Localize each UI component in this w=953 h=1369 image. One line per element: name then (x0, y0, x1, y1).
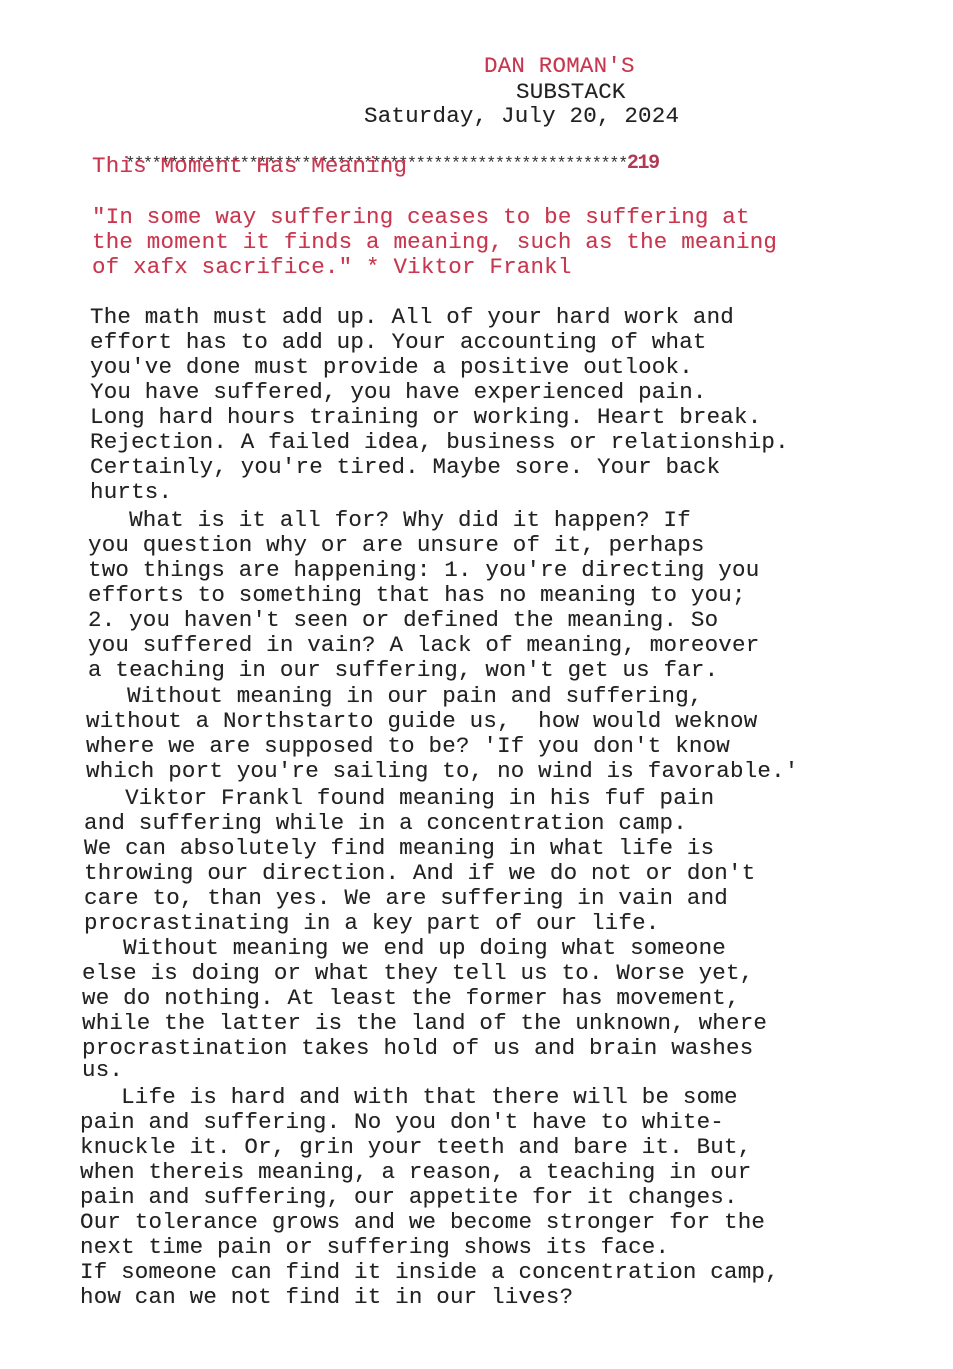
body-line: procrastinating in a key part of our lif… (84, 911, 660, 936)
body-line: Without meaning we end up doing what som… (82, 936, 726, 961)
epigraph-line: "In some way suffering ceases to be suff… (92, 205, 750, 230)
body-line: Rejection. A failed idea, business or re… (90, 430, 789, 455)
body-line: we do nothing. At least the former has m… (82, 986, 740, 1011)
body-line: knuckle it. Or, grin your teeth and bare… (80, 1135, 751, 1160)
body-line: how can we not find it in our lives? (80, 1285, 573, 1310)
body-line: you suffered in vain? A lack of meaning,… (88, 633, 759, 658)
body-line: efforts to something that has no meaning… (88, 583, 746, 608)
body-line: next time pain or suffering shows its fa… (80, 1235, 669, 1260)
body-line: effort has to add up. Your accounting of… (90, 330, 707, 355)
body-line: pain and suffering. No you don't have to… (80, 1110, 724, 1135)
body-line: a teaching in our suffering, won't get u… (88, 658, 718, 683)
body-line: hurts. (90, 480, 172, 505)
body-line: Certainly, you're tired. Maybe sore. You… (90, 455, 720, 480)
body-line: you question why or are unsure of it, pe… (88, 533, 705, 558)
body-line: Without meaning in our pain and sufferin… (86, 684, 703, 709)
body-line: We can absolutely find meaning in what l… (84, 836, 714, 861)
body-line: Life is hard and with that there will be… (80, 1085, 738, 1110)
date-line: Saturday, July 20, 2024 (364, 104, 679, 129)
body-line: throwing our direction. And if we do not… (84, 861, 755, 886)
publication-heading: SUBSTACK (516, 80, 626, 105)
body-line: 2. you haven't seen or defined the meani… (88, 608, 718, 633)
body-line: you've done must provide a positive outl… (90, 355, 693, 380)
body-line: If someone can find it inside a concentr… (80, 1260, 779, 1285)
body-line: when thereis meaning, a reason, a teachi… (80, 1160, 751, 1185)
body-line: which port you're sailing to, no wind is… (86, 759, 799, 784)
body-line: where we are supposed to be? 'If you don… (86, 734, 730, 759)
body-line: while the latter is the land of the unkn… (82, 1011, 767, 1036)
body-line: us. (82, 1058, 123, 1083)
body-line: You have suffered, you have experienced … (90, 380, 707, 405)
body-line: else is doing or what they tell us to. W… (82, 961, 753, 986)
body-line: care to, than yes. We are suffering in v… (84, 886, 728, 911)
epigraph-line: the moment it finds a meaning, such as t… (92, 230, 777, 255)
page-number: 219 (627, 152, 659, 175)
body-line: Our tolerance grows and we become strong… (80, 1210, 765, 1235)
body-line: and suffering while in a concentration c… (84, 811, 687, 836)
article-title: This Moment Has Meaning (92, 154, 407, 179)
body-line: pain and suffering, our appetite for it … (80, 1185, 738, 1210)
body-line: Viktor Frankl found meaning in his fuf p… (84, 786, 714, 811)
body-line: two things are happening: 1. you're dire… (88, 558, 759, 583)
body-line: without a Northstarto guide us, how woul… (86, 709, 757, 734)
body-line: Long hard hours training or working. Hea… (90, 405, 761, 430)
typewritten-page: DAN ROMAN'S SUBSTACK Saturday, July 20, … (0, 0, 953, 1369)
body-line: procrastination takes hold of us and bra… (82, 1036, 753, 1061)
body-line: What is it all for? Why did it happen? I… (88, 508, 691, 533)
body-line: The math must add up. All of your hard w… (90, 305, 734, 330)
author-heading: DAN ROMAN'S (484, 54, 635, 79)
epigraph-line: of xafx sacrifice." * Viktor Frankl (92, 255, 572, 280)
